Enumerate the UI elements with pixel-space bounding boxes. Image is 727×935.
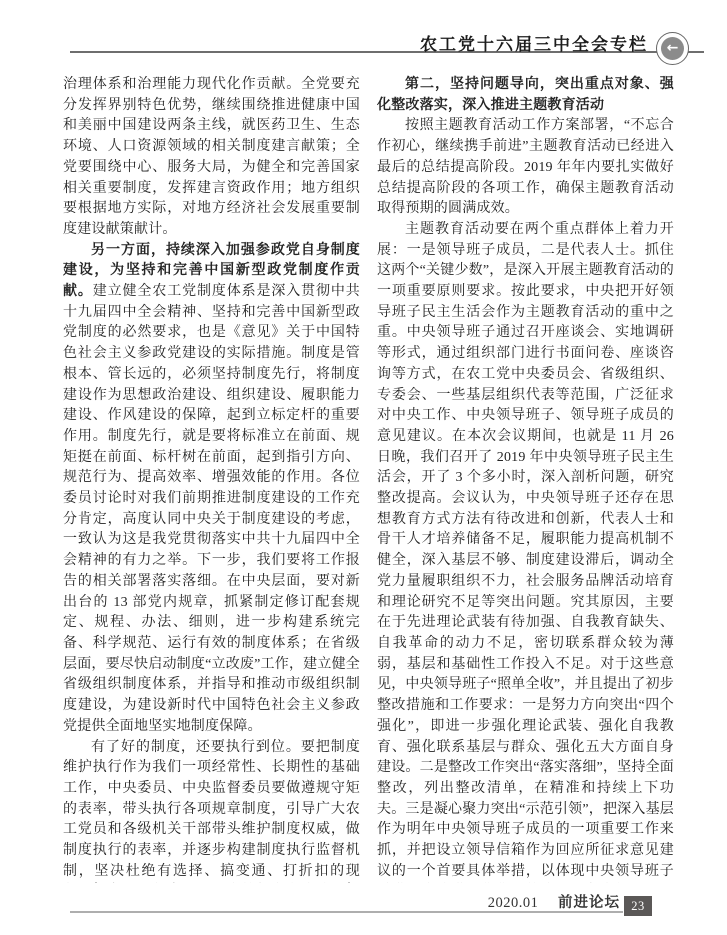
right-column: 第二，坚持问题导向，突出重点对象、强化整改落实，深入推进主题教育活动 按照主题教…: [377, 75, 674, 883]
paragraph-self-building: 另一方面，持续深入加强参政党自身制度建设，为坚持和完善中国新型政党制度作贡献。建…: [63, 241, 360, 738]
back-arrow-icon: ←: [656, 32, 689, 65]
paragraph-theme-education-plan: 按照主题教育活动工作方案部署，“不忘合作初心，继续携手前进”主题教育活动已经进入…: [377, 116, 674, 220]
magazine-page: 农工党十六届三中全会专栏 ← 治理体系和治理能力现代化作贡献。全党要充分发挥界别…: [0, 0, 727, 935]
section-heading: 第二，坚持问题导向，突出重点对象、强化整改落实，深入推进主题教育活动: [377, 75, 674, 116]
page-number-badge: 23: [624, 896, 652, 916]
left-column: 治理体系和治理能力现代化作贡献。全党要充分发挥界别特色优势，继续围绕推进健康中国…: [63, 75, 360, 883]
paragraph-enforcement: 有了好的制度，还要执行到位。要把制度维护执行作为我们一项经常性、长期性的基础工作…: [63, 738, 360, 884]
paragraph-continuation: 治理体系和治理能力现代化作贡献。全党要充分发挥界别特色优势，继续围绕推进健康中国…: [63, 75, 360, 241]
column-header-title: 农工党十六届三中全会专栏: [420, 30, 648, 55]
paragraph-key-groups: 主题教育活动要在两个重点群体上着力开展：一是领导班子成员，二是代表人士。抓住这两…: [377, 220, 674, 883]
footer-issue-date: 2020.01: [488, 895, 539, 911]
back-arrow-glyph: ←: [661, 37, 684, 60]
footer-rule: [70, 911, 623, 913]
paragraph-body-text: 建立健全农工党制度体系是深入贯彻中共十九届四中全会精神、坚持和完善中国新型政党制…: [63, 284, 360, 734]
footer-journal-line: 2020.01 前进论坛: [0, 895, 620, 911]
footer-journal-name: 前进论坛: [558, 895, 620, 911]
